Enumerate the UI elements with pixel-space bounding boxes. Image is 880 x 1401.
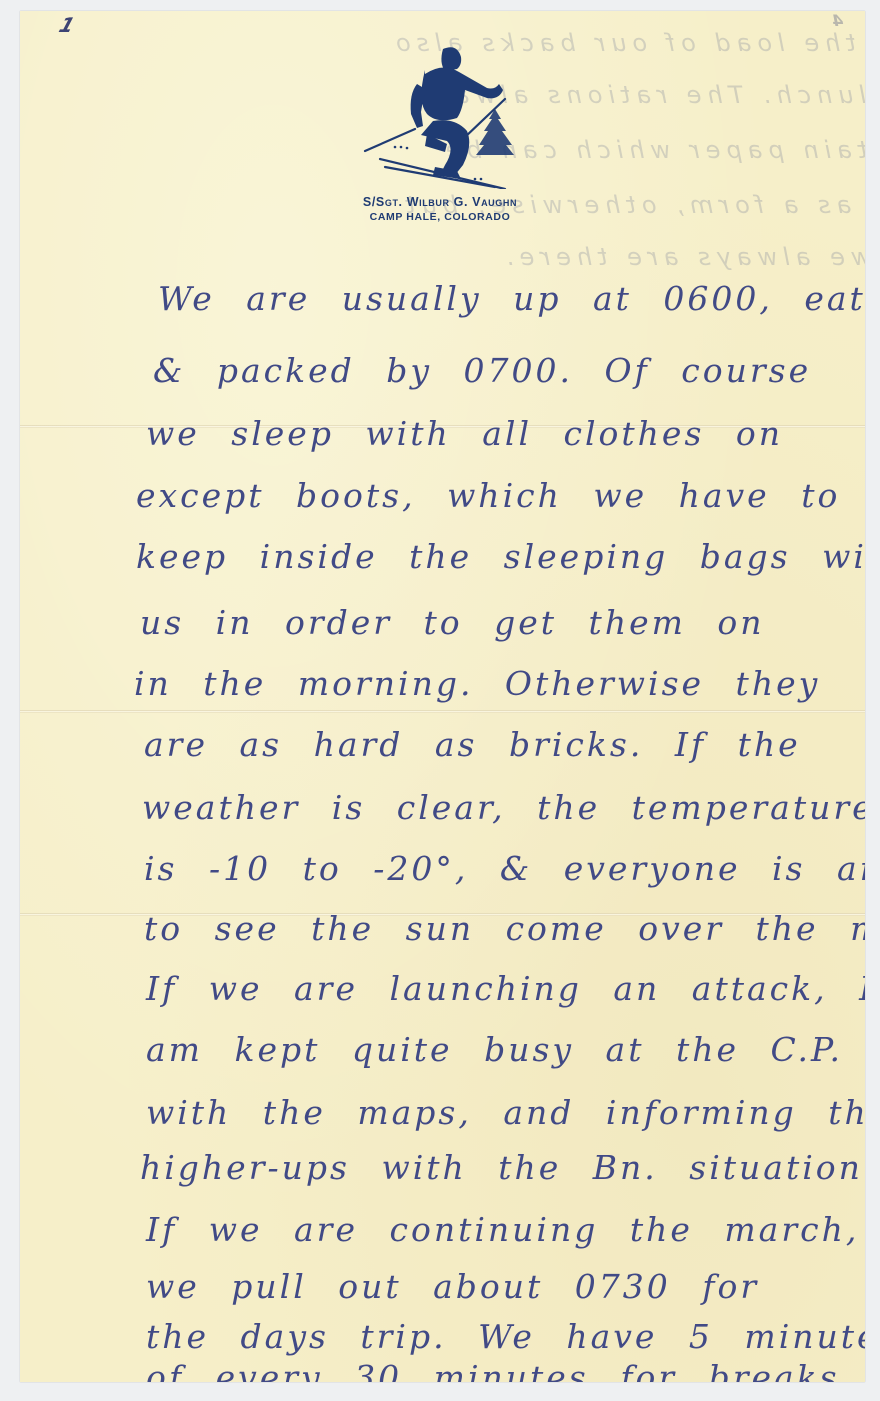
handwritten-line: except boots, which we have to bbox=[136, 476, 840, 515]
letterhead-name: S/Sgt. Wilbur G. Vaughn bbox=[310, 195, 570, 209]
handwritten-line: in the morning. Otherwise they bbox=[134, 664, 820, 703]
handwritten-line: us in order to get them on bbox=[140, 603, 765, 642]
handwritten-line: higher-ups with the Bn. situation. bbox=[140, 1148, 865, 1187]
letterhead-location: CAMP HALE, COLORADO bbox=[310, 211, 570, 223]
fold-line bbox=[20, 710, 865, 713]
handwritten-line: keep inside the sleeping bags with bbox=[136, 537, 865, 576]
handwritten-line: we sleep with all clothes on bbox=[146, 414, 783, 453]
handwritten-line: of every 30 minutes for breaks to bbox=[146, 1358, 865, 1382]
handwritten-line: to see the sun come over the mtn. bbox=[144, 909, 865, 948]
handwritten-line: weather is clear, the temperature bbox=[142, 788, 865, 827]
handwritten-line: We are usually up at 0600, eat bbox=[158, 279, 865, 318]
page-number: 1 bbox=[56, 13, 78, 37]
handwritten-line: the days trip. We have 5 minutes bbox=[146, 1317, 865, 1356]
handwritten-line: we pull out about 0730 for bbox=[146, 1267, 759, 1306]
handwritten-line: If we are launching an attack, I bbox=[146, 969, 865, 1008]
letterhead: S/Sgt. Wilbur G. Vaughn CAMP HALE, COLOR… bbox=[310, 39, 570, 223]
handwritten-line: is -10 to -20°, & everyone is anxious bbox=[144, 849, 865, 888]
bleed-through-line: we always are there. bbox=[500, 243, 865, 271]
skier-icon bbox=[355, 39, 525, 189]
handwritten-line: with the maps, and informing the bbox=[146, 1093, 865, 1132]
handwritten-line: are as hard as bricks. If the bbox=[144, 725, 801, 764]
handwritten-line: & packed by 0700. Of course bbox=[153, 351, 811, 390]
handwritten-line: If we are continuing the march, bbox=[146, 1210, 859, 1249]
handwritten-line: am kept quite busy at the C.P. bbox=[146, 1030, 843, 1069]
reverse-page-number: 4 bbox=[832, 11, 843, 30]
letter-page: 1 4 got the load of our backs also eat c… bbox=[20, 11, 865, 1382]
